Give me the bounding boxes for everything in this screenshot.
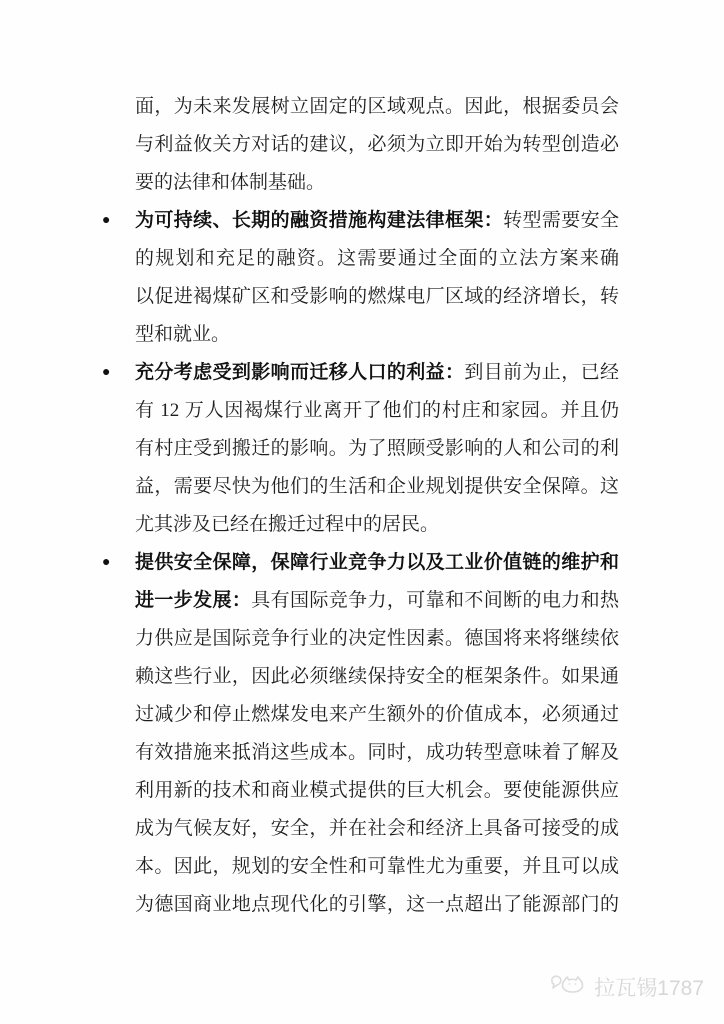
watermark-text: 拉瓦锡1787 <box>594 972 704 1002</box>
text-line: 提供安全保障，保障行业竞争力以及工业价值链的维护和 <box>135 544 619 582</box>
text-line: 进一步发展：具有国际竞争力，可靠和不间断的电力和热 <box>135 582 619 620</box>
text-line: 益，需要尽快为他们的生活和企业规划提供安全保障。这 <box>135 468 619 506</box>
paragraph: 面，为未来发展树立固定的区域观点。因此，根据委员会与利益攸关方对话的建议，必须为… <box>135 88 619 202</box>
text-line: 面，为未来发展树立固定的区域观点。因此，根据委员会 <box>135 88 619 126</box>
bold-heading-text: 为可持续、长期的融资措施构建法律框架： <box>135 210 503 231</box>
text-line: 要的法律和体制基础。 <box>135 164 619 202</box>
text-line: 利用新的技术和商业模式提供的巨大机会。要使能源供应 <box>135 772 619 810</box>
text-line: 为德国商业地点现代化的引擎，这一点超出了能源部门的 <box>135 886 619 924</box>
text-line: 的规划和充足的融资。这需要通过全面的立法方案来确保， <box>135 240 619 278</box>
cat-face-logo-icon <box>549 973 589 1001</box>
text-line: 为可持续、长期的融资措施构建法律框架：转型需要安全 <box>135 202 619 240</box>
bullet-paragraph: ●提供安全保障，保障行业竞争力以及工业价值链的维护和进一步发展：具有国际竞争力，… <box>135 544 619 924</box>
bullet-paragraph: ●充分考虑受到影响而迁移人口的利益：到目前为止，已经有 12 万人因褐煤行业离开… <box>135 354 619 544</box>
text-line: 有 12 万人因褐煤行业离开了他们的村庄和家园。并且仍 <box>135 392 619 430</box>
text-line: 尤其涉及已经在搬迁过程中的居民。 <box>135 506 619 544</box>
bullet-paragraph: ●为可持续、长期的融资措施构建法律框架：转型需要安全的规划和充足的融资。这需要通… <box>135 202 619 354</box>
document-page: 面，为未来发展树立固定的区域观点。因此，根据委员会与利益攸关方对话的建议，必须为… <box>0 0 724 1024</box>
bullet-marker: ● <box>102 202 110 240</box>
text-line: 过减少和停止燃煤发电来产生额外的价值成本，必须通过 <box>135 696 619 734</box>
text-line: 与利益攸关方对话的建议，必须为立即开始为转型创造必 <box>135 126 619 164</box>
text-line: 充分考虑受到影响而迁移人口的利益：到目前为止，已经 <box>135 354 619 392</box>
text-line: 本。因此，规划的安全性和可靠性尤为重要，并且可以成 <box>135 848 619 886</box>
bold-heading-text: 提供安全保障，保障行业竞争力以及工业价值链的维护和 <box>135 552 619 573</box>
bold-heading-text: 充分考虑受到影响而迁移人口的利益： <box>135 362 464 383</box>
bullet-marker: ● <box>102 354 110 392</box>
text-line: 成为气候友好，安全，并在社会和经济上具备可接受的成 <box>135 810 619 848</box>
document-text: 面，为未来发展树立固定的区域观点。因此，根据委员会与利益攸关方对话的建议，必须为… <box>135 88 619 924</box>
bold-heading-text: 进一步发展： <box>135 590 251 611</box>
text-line: 有效措施来抵消这些成本。同时，成功转型意味着了解及 <box>135 734 619 772</box>
text-line: 以促进褐煤矿区和受影响的燃煤电厂区域的经济增长，转 <box>135 278 619 316</box>
watermark: 拉瓦锡1787 <box>549 972 704 1002</box>
text-line: 力供应是国际竞争行业的决定性因素。德国将来将继续依 <box>135 620 619 658</box>
text-line: 有村庄受到搬迁的影响。为了照顾受影响的人和公司的利 <box>135 430 619 468</box>
text-line: 型和就业。 <box>135 316 619 354</box>
text-line: 赖这些行业，因此必须继续保持安全的框架条件。如果通 <box>135 658 619 696</box>
bullet-marker: ● <box>102 544 110 582</box>
